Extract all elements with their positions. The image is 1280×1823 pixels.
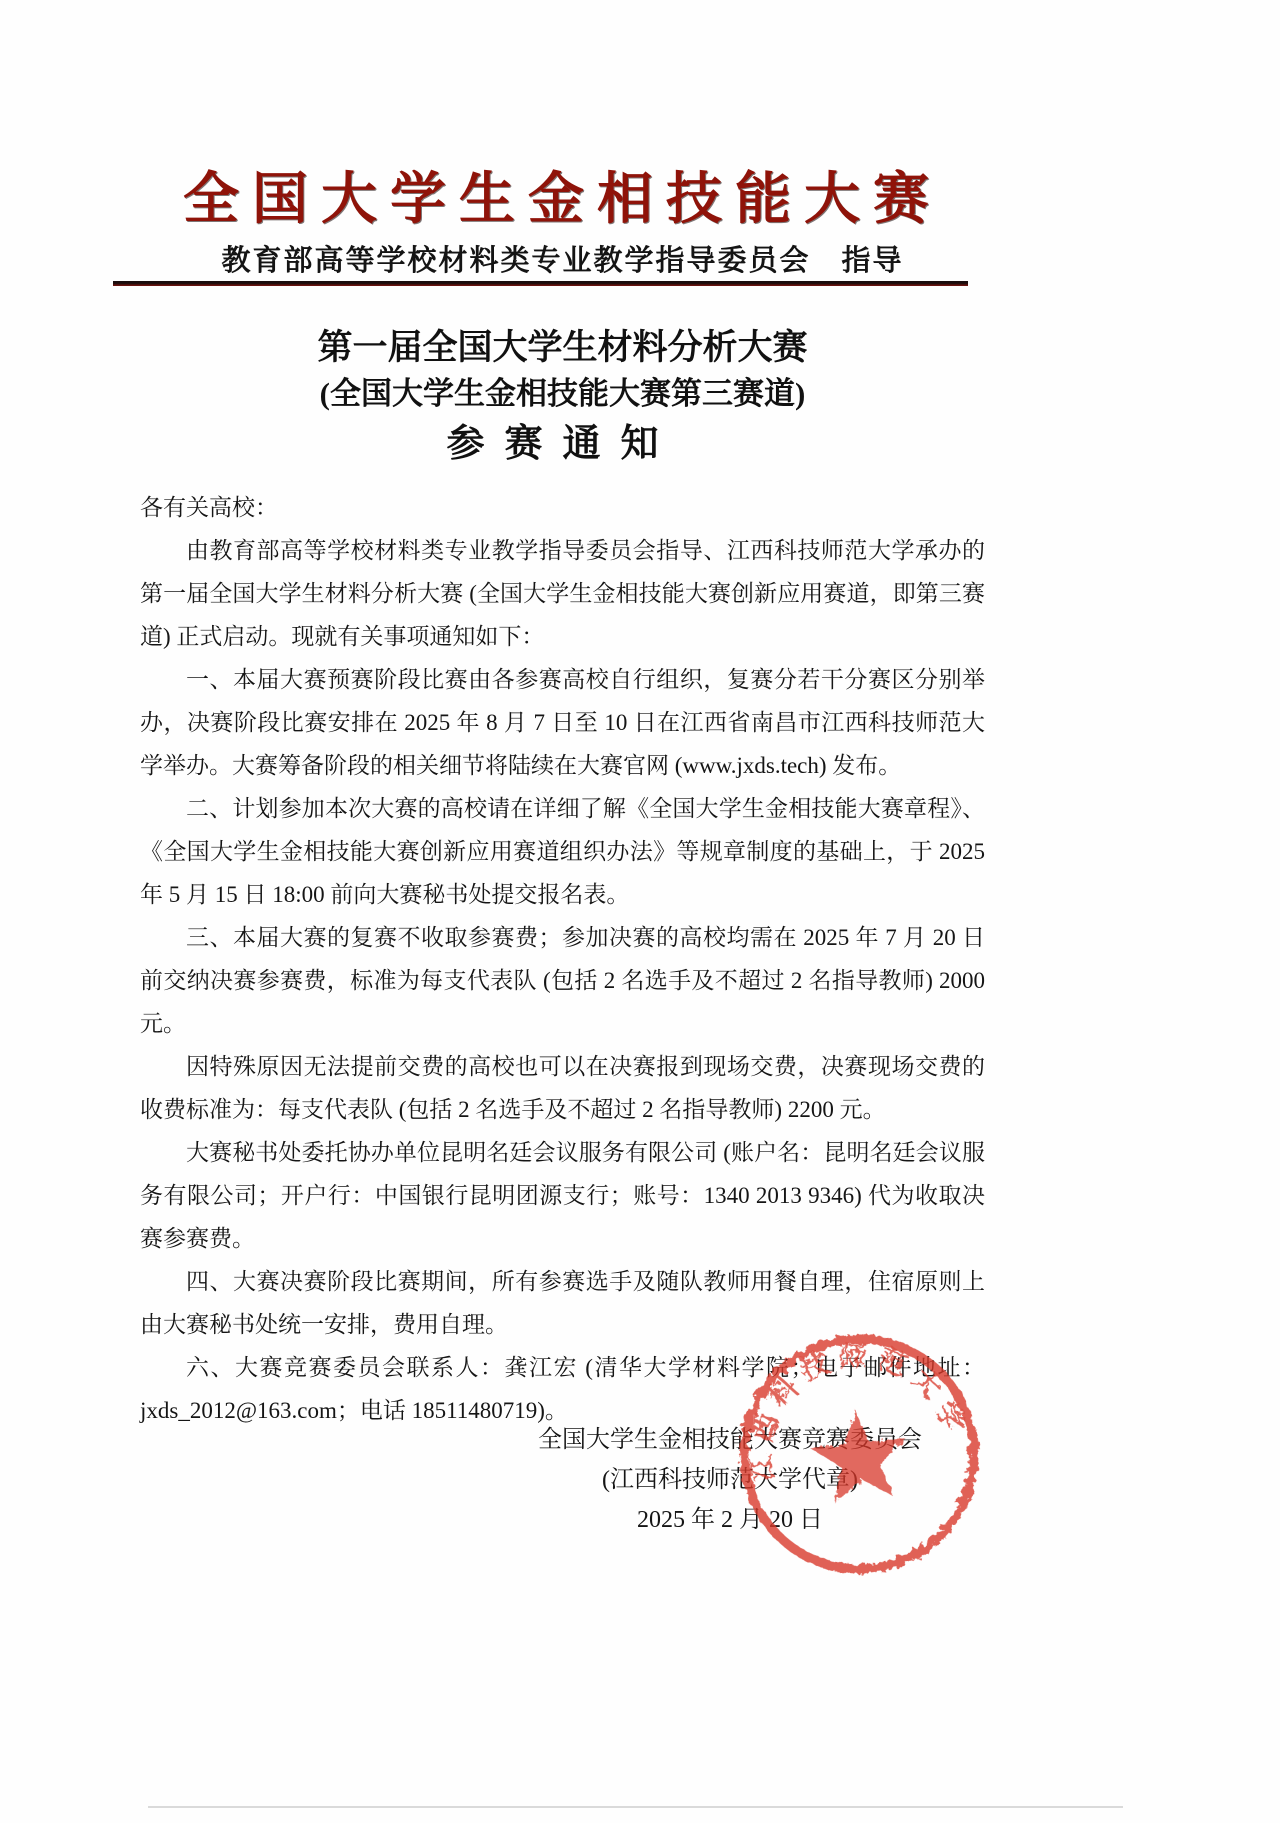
body-paragraph: 一、本届大赛预赛阶段比赛由各参赛高校自行组织，复赛分若干分赛区分别举办，决赛阶段…: [140, 658, 985, 787]
body-paragraph: 三、本届大赛的复赛不收取参赛费；参加决赛的高校均需在 2025 年 7 月 20…: [140, 916, 985, 1045]
document-body: 各有关高校： 由教育部高等学校材料类专业教学指导委员会指导、江西科技师范大学承办…: [140, 486, 985, 1432]
document-title-line2: (全国大学生金相技能大赛第三赛道): [140, 368, 985, 413]
body-paragraph: 四、大赛决赛阶段比赛期间，所有参赛选手及随队教师用餐自理，住宿原则上由大赛秘书处…: [140, 1260, 985, 1346]
signature-block: 全国大学生金相技能大赛竞赛委员会 (江西科技师范大学代章) 2025 年 2 月…: [480, 1420, 980, 1540]
letterhead-supervisor-line: 教育部高等学校材料类专业教学指导委员会 指导: [140, 238, 985, 279]
scanned-notice-page: 全国大学生金相技能大赛 教育部高等学校材料类专业教学指导委员会 指导 第一届全国…: [0, 0, 1280, 1823]
signature-organization: 全国大学生金相技能大赛竞赛委员会: [480, 1420, 980, 1460]
signature-date: 2025 年 2 月 20 日: [480, 1500, 980, 1540]
document-title-line3: 参赛通知: [140, 412, 985, 467]
document-title-line1: 第一届全国大学生材料分析大赛: [140, 320, 985, 370]
salutation: 各有关高校：: [140, 486, 985, 529]
body-paragraph: 由教育部高等学校材料类专业教学指导委员会指导、江西科技师范大学承办的第一届全国大…: [140, 529, 985, 658]
body-paragraph: 二、计划参加本次大赛的高校请在详细了解《全国大学生金相技能大赛章程》、《全国大学…: [140, 787, 985, 916]
body-paragraph: 大赛秘书处委托协办单位昆明名廷会议服务有限公司 (账户名：昆明名廷会议服务有限公…: [140, 1131, 985, 1260]
body-paragraph: 因特殊原因无法提前交费的高校也可以在决赛报到现场交费，决赛现场交费的收费标准为：…: [140, 1045, 985, 1131]
signature-behalf-note: (江西科技师范大学代章): [480, 1460, 980, 1500]
letterhead-divider-rule: [113, 281, 968, 286]
page-bottom-rule: [148, 1806, 1123, 1808]
letterhead-main-title: 全国大学生金相技能大赛: [140, 155, 985, 235]
